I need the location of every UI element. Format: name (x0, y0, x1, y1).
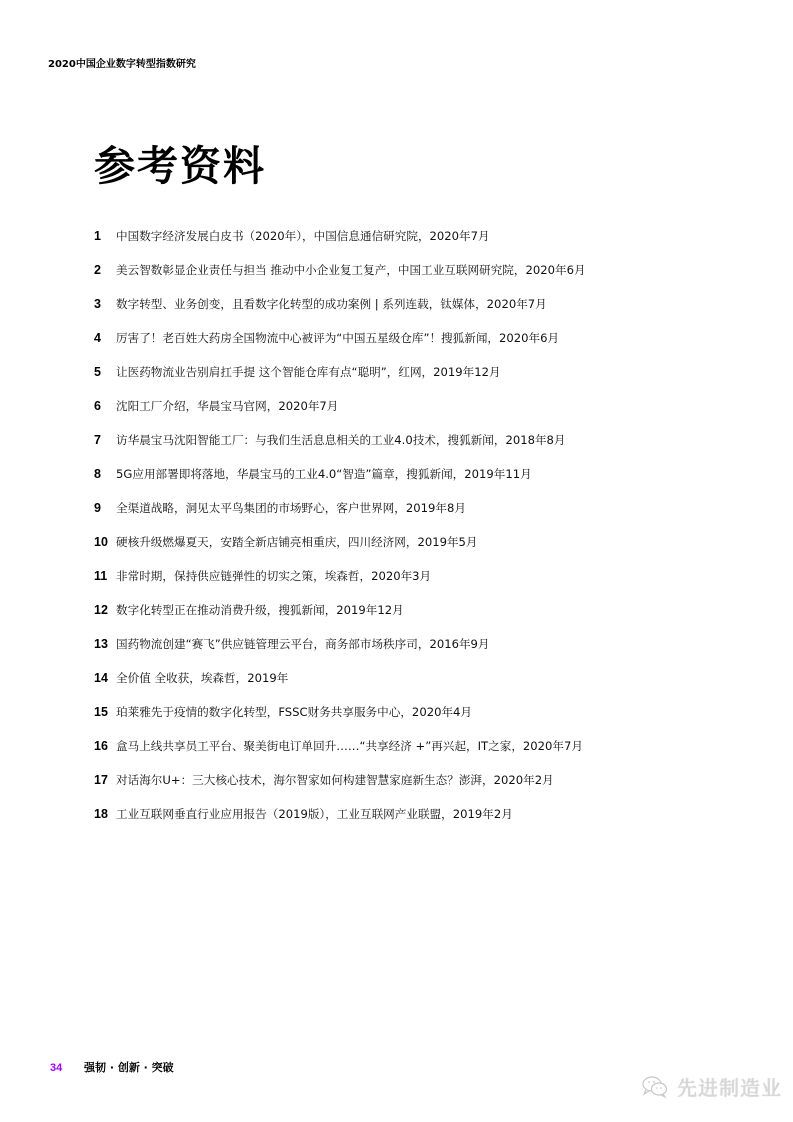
reference-text: 数字化转型正在推动消费升级，搜狐新闻，2019年12月 (116, 602, 404, 618)
reference-number: 12 (94, 602, 116, 618)
reference-number: 11 (94, 568, 116, 584)
reference-number: 2 (94, 262, 116, 278)
reference-text: 珀莱雅先于疫情的数字化转型，FSSC财务共享服务中心，2020年4月 (116, 704, 472, 720)
reference-number: 15 (94, 704, 116, 720)
footer-slogan: 强韧 · 创新 · 突破 (84, 1059, 174, 1075)
reference-item: 5让医药物流业告别肩扛手提 这个智能仓库有点“聪明”，红网，2019年12月 (94, 364, 586, 398)
reference-item: 3数字转型、业务创变，且看数字化转型的成功案例 | 系列连载，钛媒体，2020年… (94, 296, 586, 330)
reference-text: 中国数字经济发展白皮书（2020年），中国信息通信研究院，2020年7月 (116, 228, 490, 244)
reference-number: 16 (94, 738, 116, 754)
reference-text: 非常时期，保持供应链弹性的切实之策，埃森哲，2020年3月 (116, 568, 431, 584)
wechat-watermark: 先进制造业 (641, 1072, 782, 1101)
reference-number: 13 (94, 636, 116, 652)
reference-item: 4厉害了！老百姓大药房全国物流中心被评为“中国五星级仓库”！搜狐新闻，2020年… (94, 330, 586, 364)
reference-list: 1中国数字经济发展白皮书（2020年），中国信息通信研究院，2020年7月 2美… (94, 228, 586, 840)
reference-text: 沈阳工厂介绍，华晨宝马官网，2020年7月 (116, 398, 338, 414)
reference-number: 4 (94, 330, 116, 346)
reference-item: 12数字化转型正在推动消费升级，搜狐新闻，2019年12月 (94, 602, 586, 636)
reference-item: 1中国数字经济发展白皮书（2020年），中国信息通信研究院，2020年7月 (94, 228, 586, 262)
reference-number: 3 (94, 296, 116, 312)
reference-item: 14全价值 全收获，埃森哲，2019年 (94, 670, 586, 704)
reference-text: 国药物流创建“赛飞”供应链管理云平台，商务部市场秩序司，2016年9月 (116, 636, 490, 652)
reference-item: 85G应用部署即将落地，华晨宝马的工业4.0“智造”篇章，搜狐新闻，2019年1… (94, 466, 586, 500)
reference-text: 厉害了！老百姓大药房全国物流中心被评为“中国五星级仓库”！搜狐新闻，2020年6… (116, 330, 559, 346)
reference-number: 18 (94, 806, 116, 822)
reference-text: 数字转型、业务创变，且看数字化转型的成功案例 | 系列连载，钛媒体，2020年7… (116, 296, 547, 312)
reference-number: 9 (94, 500, 116, 516)
reference-number: 7 (94, 432, 116, 448)
reference-item: 16盒马上线共享员工平台、聚美街电订单回升……“共享经济 +”再兴起，IT之家，… (94, 738, 586, 772)
reference-number: 1 (94, 228, 116, 244)
reference-text: 硬核升级燃爆夏天，安踏全新店铺亮相重庆，四川经济网，2019年5月 (116, 534, 478, 550)
reference-item: 2美云智数彰显企业责任与担当 推动中小企业复工复产，中国工业互联网研究院，202… (94, 262, 586, 296)
reference-item: 18工业互联网垂直行业应用报告（2019版），工业互联网产业联盟，2019年2月 (94, 806, 586, 840)
reference-text: 美云智数彰显企业责任与担当 推动中小企业复工复产，中国工业互联网研究院，2020… (116, 262, 586, 278)
page-footer: 34 强韧 · 创新 · 突破 (50, 1059, 174, 1075)
reference-number: 6 (94, 398, 116, 414)
reference-number: 5 (94, 364, 116, 380)
reference-text: 全渠道战略，洞见太平鸟集团的市场野心，客户世界网，2019年8月 (116, 500, 466, 516)
reference-number: 17 (94, 772, 116, 788)
watermark-text: 先进制造业 (677, 1072, 782, 1101)
running-header: 2020中国企业数字转型指数研究 (48, 55, 196, 70)
reference-number: 14 (94, 670, 116, 686)
reference-item: 15珀莱雅先于疫情的数字化转型，FSSC财务共享服务中心，2020年4月 (94, 704, 586, 738)
reference-text: 访华晨宝马沈阳智能工厂：与我们生活息息相关的工业4.0技术，搜狐新闻，2018年… (116, 432, 566, 448)
wechat-icon (641, 1075, 669, 1099)
reference-number: 10 (94, 534, 116, 550)
reference-item: 7访华晨宝马沈阳智能工厂：与我们生活息息相关的工业4.0技术，搜狐新闻，2018… (94, 432, 586, 466)
reference-text: 盒马上线共享员工平台、聚美街电订单回升……“共享经济 +”再兴起，IT之家，20… (116, 738, 583, 754)
reference-text: 全价值 全收获，埃森哲，2019年 (116, 670, 288, 686)
reference-item: 9全渠道战略，洞见太平鸟集团的市场野心，客户世界网，2019年8月 (94, 500, 586, 534)
reference-text: 5G应用部署即将落地，华晨宝马的工业4.0“智造”篇章，搜狐新闻，2019年11… (116, 466, 532, 482)
reference-item: 6沈阳工厂介绍，华晨宝马官网，2020年7月 (94, 398, 586, 432)
page-title: 参考资料 (94, 146, 266, 187)
reference-item: 10硬核升级燃爆夏天，安踏全新店铺亮相重庆，四川经济网，2019年5月 (94, 534, 586, 568)
reference-number: 8 (94, 466, 116, 482)
reference-item: 11非常时期，保持供应链弹性的切实之策，埃森哲，2020年3月 (94, 568, 586, 602)
reference-text: 工业互联网垂直行业应用报告（2019版），工业互联网产业联盟，2019年2月 (116, 806, 513, 822)
reference-item: 17对话海尔U+：三大核心技术，海尔智家如何构建智慧家庭新生态？澎湃，2020年… (94, 772, 586, 806)
reference-text: 对话海尔U+：三大核心技术，海尔智家如何构建智慧家庭新生态？澎湃，2020年2月 (116, 772, 554, 788)
reference-text: 让医药物流业告别肩扛手提 这个智能仓库有点“聪明”，红网，2019年12月 (116, 364, 501, 380)
page-number: 34 (50, 1062, 80, 1074)
reference-item: 13国药物流创建“赛飞”供应链管理云平台，商务部市场秩序司，2016年9月 (94, 636, 586, 670)
